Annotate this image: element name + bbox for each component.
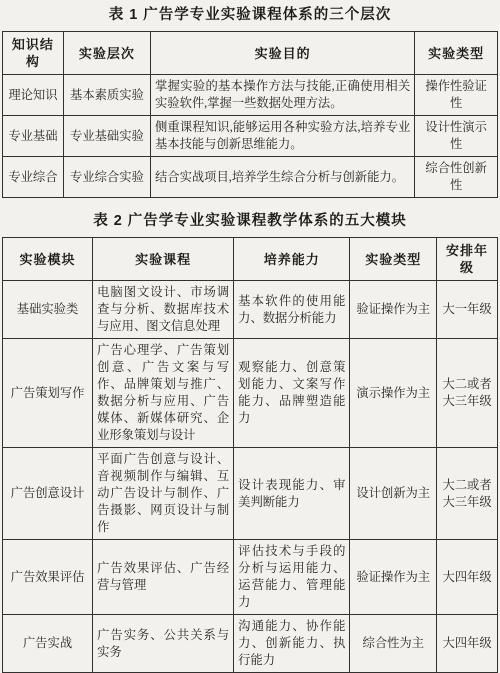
table-cell: 广告效果评估、广告经营与管理 <box>93 540 234 615</box>
table-header: 实验模块实验课程培养能力实验类型安排年级 <box>3 238 498 281</box>
table-cell: 演示操作为主 <box>350 339 437 448</box>
column-header: 实验层次 <box>63 32 150 75</box>
table-row: 广告策划写作广告心理学、广告策划创意、广告文案与写作、品牌策划与推广、数据分析与… <box>3 339 498 448</box>
table-cell: 广告创意设计 <box>3 448 93 540</box>
table-cell: 基本素质实验 <box>63 75 150 116</box>
column-header: 实验课程 <box>93 238 234 281</box>
table-cell: 评估技术与手段的分析与运用能力、运营能力、管理能力 <box>234 540 350 615</box>
table-cell: 设计表现能力、审美判断能力 <box>234 448 350 540</box>
table-cell: 综合性创新性 <box>415 157 498 198</box>
table-cell: 专业综合实验 <box>63 157 150 198</box>
table-course-levels: 知识结构实验层次实验目的实验类型 理论知识基本素质实验掌握实验的基本操作方法与技… <box>2 31 498 198</box>
table-cell: 操作性验证性 <box>415 75 498 116</box>
table-cell: 验证操作为主 <box>350 540 437 615</box>
table-body: 基础实验类电脑图文设计、市场调查与分析、数据库技术与应用、图文信息处理基本软件的… <box>3 281 498 673</box>
table-row: 理论知识基本素质实验掌握实验的基本操作方法与技能,正确使用相关实验软件,掌握一些… <box>3 75 498 116</box>
table-cell: 掌握实验的基本操作方法与技能,正确使用相关实验软件,掌握一些数据处理方法。 <box>150 75 414 116</box>
page: 表 1 广告学专业实验课程体系的三个层次 知识结构实验层次实验目的实验类型 理论… <box>2 0 498 673</box>
table-cell: 设计创新为主 <box>350 448 437 540</box>
table-cell: 大四年级 <box>437 615 498 673</box>
scanned-paper-page: { "colors": { "background": "#f2f1ee", "… <box>0 0 500 673</box>
table-cell: 沟通能力、协作能力、创新能力、执行能力 <box>234 615 350 673</box>
table-cell: 广告实务、公共关系与实务 <box>93 615 234 673</box>
column-header: 培养能力 <box>234 238 350 281</box>
table-cell: 广告心理学、广告策划创意、广告文案与写作、品牌策划与推广、数据分析与应用、广告媒… <box>93 339 234 448</box>
table-cell: 广告效果评估 <box>3 540 93 615</box>
table-cell: 结合实战项目,培养学生综合分析与创新能力。 <box>150 157 414 198</box>
table-header: 知识结构实验层次实验目的实验类型 <box>3 32 498 75</box>
table-cell: 理论知识 <box>3 75 64 116</box>
table-cell: 侧重课程知识,能够运用各种实验方法,培养专业基本技能与创新思维能力。 <box>150 116 414 157</box>
table-row: 广告效果评估广告效果评估、广告经营与管理评估技术与手段的分析与运用能力、运营能力… <box>3 540 498 615</box>
table-cell: 广告策划写作 <box>3 339 93 448</box>
column-header: 安排年级 <box>437 238 498 281</box>
column-header: 实验类型 <box>350 238 437 281</box>
table1-title: 表 1 广告学专业实验课程体系的三个层次 <box>2 6 498 24</box>
table-cell: 专业基础 <box>3 116 64 157</box>
header-row: 知识结构实验层次实验目的实验类型 <box>3 32 498 75</box>
table-cell: 大四年级 <box>437 540 498 615</box>
table-cell: 广告实战 <box>3 615 93 673</box>
table-body: 理论知识基本素质实验掌握实验的基本操作方法与技能,正确使用相关实验软件,掌握一些… <box>3 75 498 198</box>
table-row: 专业基础专业基础实验侧重课程知识,能够运用各种实验方法,培养专业基本技能与创新思… <box>3 116 498 157</box>
table-cell: 专业基础实验 <box>63 116 150 157</box>
table-row: 广告实战广告实务、公共关系与实务沟通能力、协作能力、创新能力、执行能力综合性为主… <box>3 615 498 673</box>
table-cell: 基础实验类 <box>3 281 93 339</box>
table-row: 基础实验类电脑图文设计、市场调查与分析、数据库技术与应用、图文信息处理基本软件的… <box>3 281 498 339</box>
table-row: 广告创意设计平面广告创意与设计、音视频制作与编辑、互动广告设计与制作、广告摄影、… <box>3 448 498 540</box>
table2-title: 表 2 广告学专业实验课程教学体系的五大模块 <box>2 212 498 230</box>
table-cell: 设计性演示性 <box>415 116 498 157</box>
table-cell: 专业综合 <box>3 157 64 198</box>
header-row: 实验模块实验课程培养能力实验类型安排年级 <box>3 238 498 281</box>
column-header: 实验类型 <box>415 32 498 75</box>
table-cell: 基本软件的使用能力、数据分析能力 <box>234 281 350 339</box>
table-cell: 大二或者大三年级 <box>437 339 498 448</box>
table-cell: 大二或者大三年级 <box>437 448 498 540</box>
table-cell: 观察能力、创意策划能力、文案写作能力、品牌塑造能力 <box>234 339 350 448</box>
table-cell: 电脑图文设计、市场调查与分析、数据库技术与应用、图文信息处理 <box>93 281 234 339</box>
column-header: 实验模块 <box>3 238 93 281</box>
table-cell: 验证操作为主 <box>350 281 437 339</box>
table-teaching-modules: 实验模块实验课程培养能力实验类型安排年级 基础实验类电脑图文设计、市场调查与分析… <box>2 237 498 673</box>
table-cell: 大一年级 <box>437 281 498 339</box>
column-header: 知识结构 <box>3 32 64 75</box>
table-cell: 平面广告创意与设计、音视频制作与编辑、互动广告设计与制作、广告摄影、网页设计与制… <box>93 448 234 540</box>
table-cell: 综合性为主 <box>350 615 437 673</box>
table-row: 专业综合专业综合实验结合实战项目,培养学生综合分析与创新能力。综合性创新性 <box>3 157 498 198</box>
column-header: 实验目的 <box>150 32 414 75</box>
